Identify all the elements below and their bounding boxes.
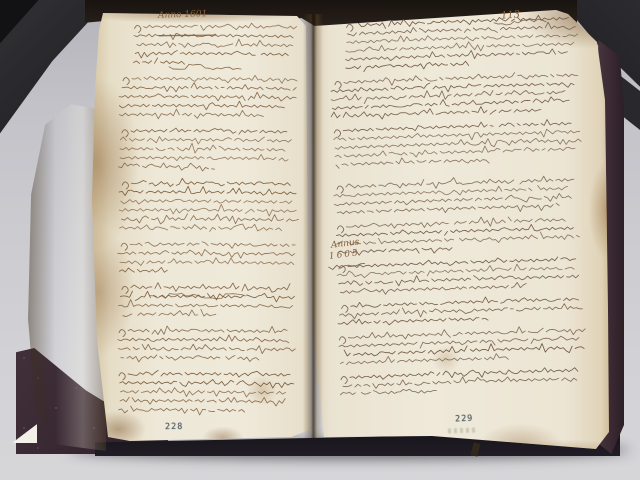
left-page-number-stamp: 228 xyxy=(165,422,184,432)
handwriting-layer xyxy=(0,0,640,480)
faint-ink-offset-marks xyxy=(448,428,476,434)
right-page-folio-number: 113 xyxy=(501,10,521,20)
right-page-number-stamp: 229 xyxy=(455,414,474,425)
left-page-year-heading: Anno 1601 xyxy=(158,10,208,21)
manuscript-photo: Anno 1601 113 Annus 1605 228 229 xyxy=(0,0,640,480)
